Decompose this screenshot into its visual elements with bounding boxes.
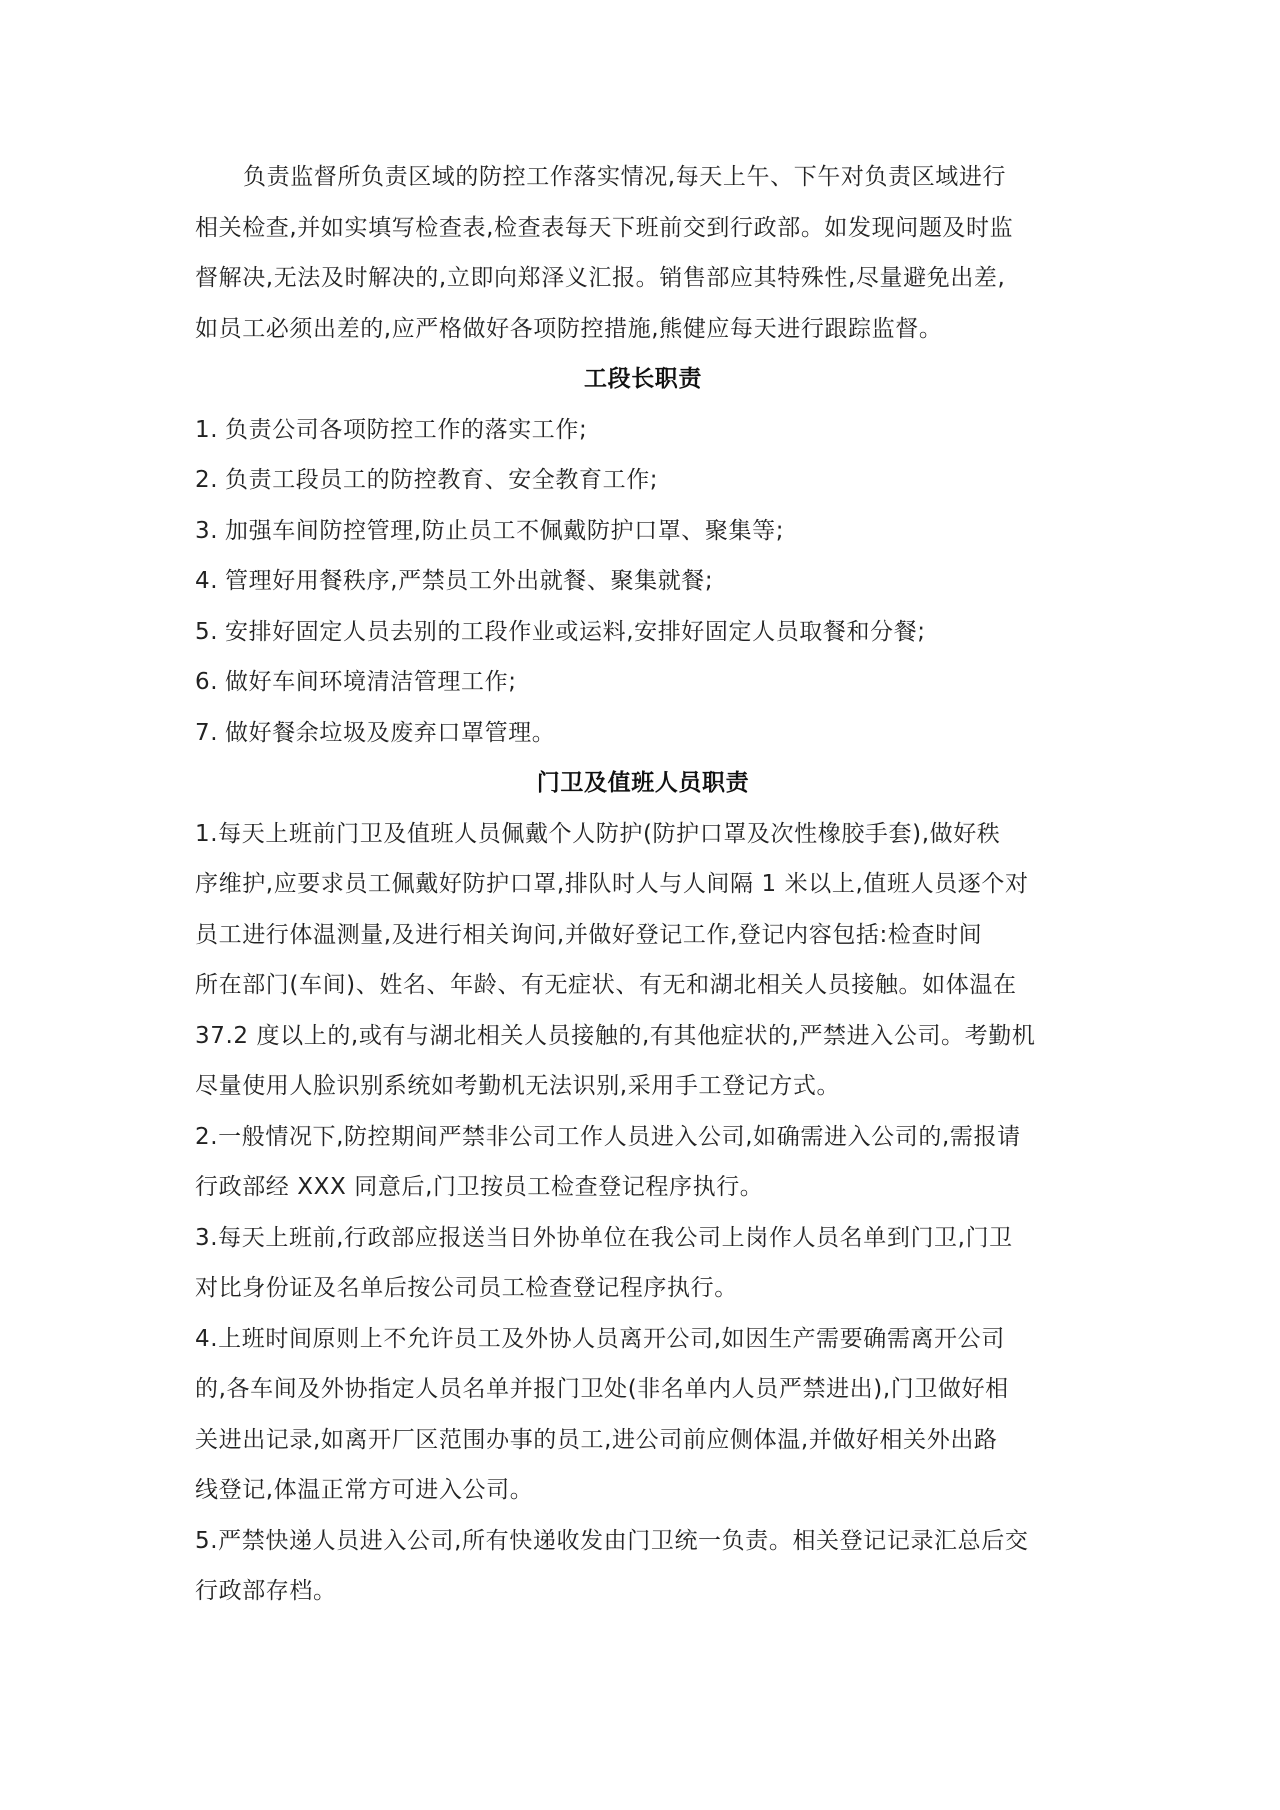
list-number: 1. bbox=[195, 405, 225, 456]
text-line: 行政部经 XXX 同意后,门卫按员工检查登记程序执行。 bbox=[195, 1162, 1091, 1213]
list-item: 4. 管理好用餐秩序,严禁员工外出就餐、聚集就餐; bbox=[195, 556, 1091, 607]
section-heading-guard: 门卫及值班人员职责 bbox=[195, 758, 1091, 809]
section-heading-foreman: 工段长职责 bbox=[195, 354, 1091, 405]
text-line: 所在部门(车间)、姓名、年龄、有无症状、有无和湖北相关人员接触。如体温在 bbox=[195, 960, 1091, 1011]
list-item: 2. 负责工段员工的防控教育、安全教育工作; bbox=[195, 455, 1091, 506]
text-line: 2.一般情况下,防控期间严禁非公司工作人员进入公司,如确需进入公司的,需报请 bbox=[195, 1112, 1091, 1163]
guard-paragraph-1: 1.每天上班前门卫及值班人员佩戴个人防护(防护口罩及次性橡胶手套),做好秩 序维… bbox=[195, 809, 1091, 1112]
text-line: 5.严禁快递人员进入公司,所有快递收发由门卫统一负责。相关登记记录汇总后交 bbox=[195, 1516, 1091, 1567]
text-line: 37.2 度以上的,或有与湖北相关人员接触的,有其他症状的,严禁进入公司。考勤机 bbox=[195, 1011, 1091, 1062]
foreman-duties-list: 1. 负责公司各项防控工作的落实工作; 2. 负责工段员工的防控教育、安全教育工… bbox=[195, 405, 1091, 759]
text-line: 员工进行体温测量,及进行相关询问,并做好登记工作,登记内容包括:检查时间 bbox=[195, 910, 1091, 961]
list-text: 安排好固定人员去别的工段作业或运料,安排好固定人员取餐和分餐; bbox=[225, 607, 1091, 658]
text-line: 4.上班时间原则上不允许员工及外协人员离开公司,如因生产需要确需离开公司 bbox=[195, 1314, 1091, 1365]
text-line: 关进出记录,如离开厂区范围办事的员工,进公司前应侧体温,并做好相关外出路 bbox=[195, 1415, 1091, 1466]
text-line: 线登记,体温正常方可进入公司。 bbox=[195, 1465, 1091, 1516]
text-line: 督解决,无法及时解决的,立即向郑泽义汇报。销售部应其特殊性,尽量避免出差, bbox=[195, 253, 1091, 304]
text-line: 的,各车间及外协指定人员名单并报门卫处(非名单内人员严禁进出),门卫做好相 bbox=[195, 1364, 1091, 1415]
list-item: 5. 安排好固定人员去别的工段作业或运料,安排好固定人员取餐和分餐; bbox=[195, 607, 1091, 658]
list-text: 加强车间防控管理,防止员工不佩戴防护口罩、聚集等; bbox=[225, 506, 1091, 557]
guard-paragraph-2: 2.一般情况下,防控期间严禁非公司工作人员进入公司,如确需进入公司的,需报请 行… bbox=[195, 1112, 1091, 1213]
text-line: 3.每天上班前,行政部应报送当日外协单位在我公司上岗作人员名单到门卫,门卫 bbox=[195, 1213, 1091, 1264]
text-line: 如员工必须出差的,应严格做好各项防控措施,熊健应每天进行跟踪监督。 bbox=[195, 304, 1091, 355]
list-text: 做好车间环境清洁管理工作; bbox=[225, 657, 1091, 708]
list-item: 6. 做好车间环境清洁管理工作; bbox=[195, 657, 1091, 708]
list-text: 做好餐余垃圾及废弃口罩管理。 bbox=[225, 708, 1091, 759]
text-line: 相关检查,并如实填写检查表,检查表每天下班前交到行政部。如发现问题及时监 bbox=[195, 203, 1091, 254]
list-text: 负责工段员工的防控教育、安全教育工作; bbox=[225, 455, 1091, 506]
text-line: 行政部存档。 bbox=[195, 1566, 1091, 1617]
intro-paragraph: 负责监督所负责区域的防控工作落实情况,每天上午、下午对负责区域进行 相关检查,并… bbox=[195, 152, 1091, 354]
text-line: 序维护,应要求员工佩戴好防护口罩,排队时人与人间隔 1 米以上,值班人员逐个对 bbox=[195, 859, 1091, 910]
list-number: 7. bbox=[195, 708, 225, 759]
text-line: 1.每天上班前门卫及值班人员佩戴个人防护(防护口罩及次性橡胶手套),做好秩 bbox=[195, 809, 1091, 860]
list-number: 3. bbox=[195, 506, 225, 557]
guard-paragraph-3: 3.每天上班前,行政部应报送当日外协单位在我公司上岗作人员名单到门卫,门卫 对比… bbox=[195, 1213, 1091, 1314]
guard-paragraph-5: 5.严禁快递人员进入公司,所有快递收发由门卫统一负责。相关登记记录汇总后交 行政… bbox=[195, 1516, 1091, 1617]
list-number: 4. bbox=[195, 556, 225, 607]
list-item: 1. 负责公司各项防控工作的落实工作; bbox=[195, 405, 1091, 456]
list-number: 2. bbox=[195, 455, 225, 506]
list-number: 6. bbox=[195, 657, 225, 708]
text-line: 负责监督所负责区域的防控工作落实情况,每天上午、下午对负责区域进行 bbox=[195, 152, 1091, 203]
document-page: 负责监督所负责区域的防控工作落实情况,每天上午、下午对负责区域进行 相关检查,并… bbox=[195, 152, 1091, 1617]
text-line: 尽量使用人脸识别系统如考勤机无法识别,采用手工登记方式。 bbox=[195, 1061, 1091, 1112]
list-item: 7. 做好餐余垃圾及废弃口罩管理。 bbox=[195, 708, 1091, 759]
text-line: 对比身份证及名单后按公司员工检查登记程序执行。 bbox=[195, 1263, 1091, 1314]
list-number: 5. bbox=[195, 607, 225, 658]
list-text: 负责公司各项防控工作的落实工作; bbox=[225, 405, 1091, 456]
guard-paragraph-4: 4.上班时间原则上不允许员工及外协人员离开公司,如因生产需要确需离开公司 的,各… bbox=[195, 1314, 1091, 1516]
list-text: 管理好用餐秩序,严禁员工外出就餐、聚集就餐; bbox=[225, 556, 1091, 607]
list-item: 3. 加强车间防控管理,防止员工不佩戴防护口罩、聚集等; bbox=[195, 506, 1091, 557]
